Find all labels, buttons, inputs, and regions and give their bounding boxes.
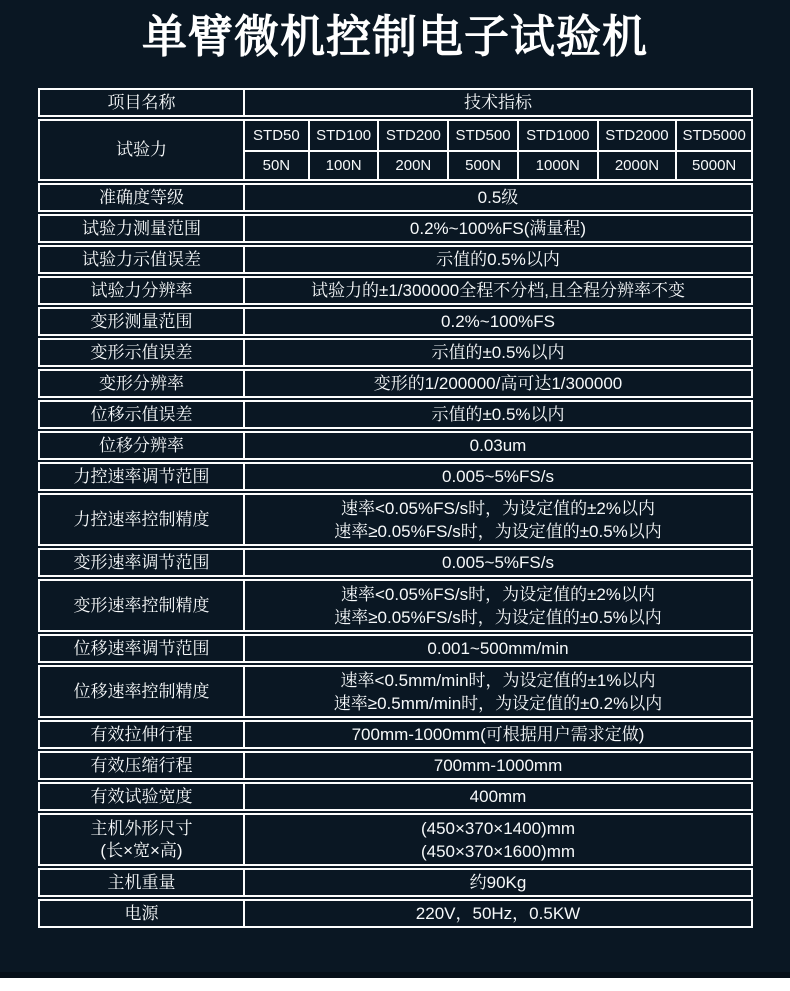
row-value: 速率<0.05%FS/s时，为设定值的±2%以内 速率≥0.05%FS/s时，为… — [245, 581, 751, 630]
row-value: 0.2%~100%FS(满量程) — [245, 216, 751, 241]
row-label: 电源 — [40, 901, 245, 926]
force-row: 试验力 STD50 STD100 STD200 STD500 STD1000 S… — [38, 119, 753, 181]
row-label: 位移速率控制精度 — [40, 667, 245, 716]
row-label: 位移示值误差 — [40, 402, 245, 427]
table-row: 位移速率调节范围 0.001~500mm/min — [38, 634, 753, 663]
row-value: 700mm-1000mm(可根据用户需求定做) — [245, 722, 751, 747]
row-value: 0.5级 — [245, 185, 751, 210]
row-value-line: 速率<0.05%FS/s时，为设定值的±2%以内 — [341, 583, 655, 606]
row-value: 约90Kg — [245, 870, 751, 895]
row-value: 试验力的±1/300000全程不分档,且全程分辨率不变 — [245, 278, 751, 303]
row-value: 220V，50Hz，0.5KW — [245, 901, 751, 926]
table-row: 变形测量范围 0.2%~100%FS — [38, 307, 753, 336]
capacity-cell: 1000N — [517, 150, 597, 179]
row-value-line: 速率<0.05%FS/s时，为设定值的±2%以内 — [341, 497, 655, 520]
table-row: 电源 220V，50Hz，0.5KW — [38, 899, 753, 928]
row-value-line: 速率≥0.05%FS/s时，为设定值的±0.5%以内 — [334, 520, 662, 543]
row-label-line: (长×宽×高) — [100, 840, 182, 862]
table-row: 主机外形尺寸 (长×宽×高) (450×370×1400)mm (450×370… — [38, 813, 753, 866]
table-row: 变形分辨率 变形的1/200000/高可达1/300000 — [38, 369, 753, 398]
capacity-cell: 100N — [308, 150, 378, 179]
row-value-line: 速率<0.5mm/min时，为设定值的±1%以内 — [341, 669, 656, 692]
capacity-cell: 5000N — [675, 150, 751, 179]
table-row: 准确度等级 0.5级 — [38, 183, 753, 212]
row-value: 速率<0.05%FS/s时，为设定值的±2%以内 速率≥0.05%FS/s时，为… — [245, 495, 751, 544]
table-row: 位移分辨率 0.03um — [38, 431, 753, 460]
table-row: 力控速率控制精度 速率<0.05%FS/s时，为设定值的±2%以内 速率≥0.0… — [38, 493, 753, 546]
row-value: 速率<0.5mm/min时，为设定值的±1%以内 速率≥0.5mm/min时，为… — [245, 667, 751, 716]
model-cell: STD5000 — [675, 121, 751, 150]
row-label: 试验力分辨率 — [40, 278, 245, 303]
header-tech-spec: 技术指标 — [245, 90, 751, 115]
table-row: 试验力测量范围 0.2%~100%FS(满量程) — [38, 214, 753, 243]
model-cell: STD100 — [308, 121, 378, 150]
row-value: 示值的±0.5%以内 — [245, 340, 751, 365]
row-label: 试验力示值误差 — [40, 247, 245, 272]
table-row: 有效试验宽度 400mm — [38, 782, 753, 811]
table-row: 试验力示值误差 示值的0.5%以内 — [38, 245, 753, 274]
table-header-row: 项目名称 技术指标 — [38, 88, 753, 117]
row-label-line: 主机外形尺寸 — [91, 818, 193, 840]
page-background: 单臂微机控制电子试验机 项目名称 技术指标 试验力 STD50 STD100 S… — [0, 0, 790, 978]
table-row: 变形示值误差 示值的±0.5%以内 — [38, 338, 753, 367]
row-label: 变形示值误差 — [40, 340, 245, 365]
row-label: 有效压缩行程 — [40, 753, 245, 778]
row-value: 示值的0.5%以内 — [245, 247, 751, 272]
row-value-line: (450×370×1400)mm — [421, 817, 575, 840]
header-item-name: 项目名称 — [40, 90, 245, 115]
model-cell: STD1000 — [517, 121, 597, 150]
row-value: 0.005~5%FS/s — [245, 550, 751, 575]
model-cell: STD500 — [447, 121, 517, 150]
capacity-cell: 50N — [245, 150, 308, 179]
row-label: 有效试验宽度 — [40, 784, 245, 809]
row-label: 力控速率控制精度 — [40, 495, 245, 544]
table-row: 试验力分辨率 试验力的±1/300000全程不分档,且全程分辨率不变 — [38, 276, 753, 305]
capacity-cell: 2000N — [597, 150, 676, 179]
row-label: 力控速率调节范围 — [40, 464, 245, 489]
table-row: 有效拉伸行程 700mm-1000mm(可根据用户需求定做) — [38, 720, 753, 749]
bottom-shadow-band — [0, 972, 790, 978]
page-title: 单臂微机控制电子试验机 — [0, 0, 790, 63]
row-value-line: 速率≥0.5mm/min时，为设定值的±0.2%以内 — [334, 692, 662, 715]
table-row: 位移速率控制精度 速率<0.5mm/min时，为设定值的±1%以内 速率≥0.5… — [38, 665, 753, 718]
table-row: 位移示值误差 示值的±0.5%以内 — [38, 400, 753, 429]
model-cell: STD2000 — [597, 121, 676, 150]
row-value: 0.2%~100%FS — [245, 309, 751, 334]
row-value-line: 速率≥0.05%FS/s时，为设定值的±0.5%以内 — [334, 606, 662, 629]
row-label: 变形速率控制精度 — [40, 581, 245, 630]
row-value: 400mm — [245, 784, 751, 809]
model-cell: STD50 — [245, 121, 308, 150]
row-value: (450×370×1400)mm (450×370×1600)mm — [245, 815, 751, 864]
force-row-label: 试验力 — [40, 121, 245, 179]
table-row: 变形速率控制精度 速率<0.05%FS/s时，为设定值的±2%以内 速率≥0.0… — [38, 579, 753, 632]
row-value: 0.03um — [245, 433, 751, 458]
table-row: 变形速率调节范围 0.005~5%FS/s — [38, 548, 753, 577]
capacity-cell: 500N — [447, 150, 517, 179]
force-model-grid: STD50 STD100 STD200 STD500 STD1000 STD20… — [245, 121, 751, 179]
row-label: 变形分辨率 — [40, 371, 245, 396]
row-value: 变形的1/200000/高可达1/300000 — [245, 371, 751, 396]
row-value: 0.005~5%FS/s — [245, 464, 751, 489]
row-label: 准确度等级 — [40, 185, 245, 210]
row-value: 示值的±0.5%以内 — [245, 402, 751, 427]
row-label: 主机外形尺寸 (长×宽×高) — [40, 815, 245, 864]
row-label: 位移速率调节范围 — [40, 636, 245, 661]
row-value: 700mm-1000mm — [245, 753, 751, 778]
spec-table: 项目名称 技术指标 试验力 STD50 STD100 STD200 STD500… — [38, 88, 753, 930]
row-value: 0.001~500mm/min — [245, 636, 751, 661]
row-value-line: (450×370×1600)mm — [421, 840, 575, 863]
row-label: 有效拉伸行程 — [40, 722, 245, 747]
capacity-cell: 200N — [377, 150, 447, 179]
model-cell: STD200 — [377, 121, 447, 150]
table-row: 力控速率调节范围 0.005~5%FS/s — [38, 462, 753, 491]
row-label: 位移分辨率 — [40, 433, 245, 458]
row-label: 变形测量范围 — [40, 309, 245, 334]
row-label: 主机重量 — [40, 870, 245, 895]
row-label: 试验力测量范围 — [40, 216, 245, 241]
table-row: 主机重量 约90Kg — [38, 868, 753, 897]
row-label: 变形速率调节范围 — [40, 550, 245, 575]
table-row: 有效压缩行程 700mm-1000mm — [38, 751, 753, 780]
